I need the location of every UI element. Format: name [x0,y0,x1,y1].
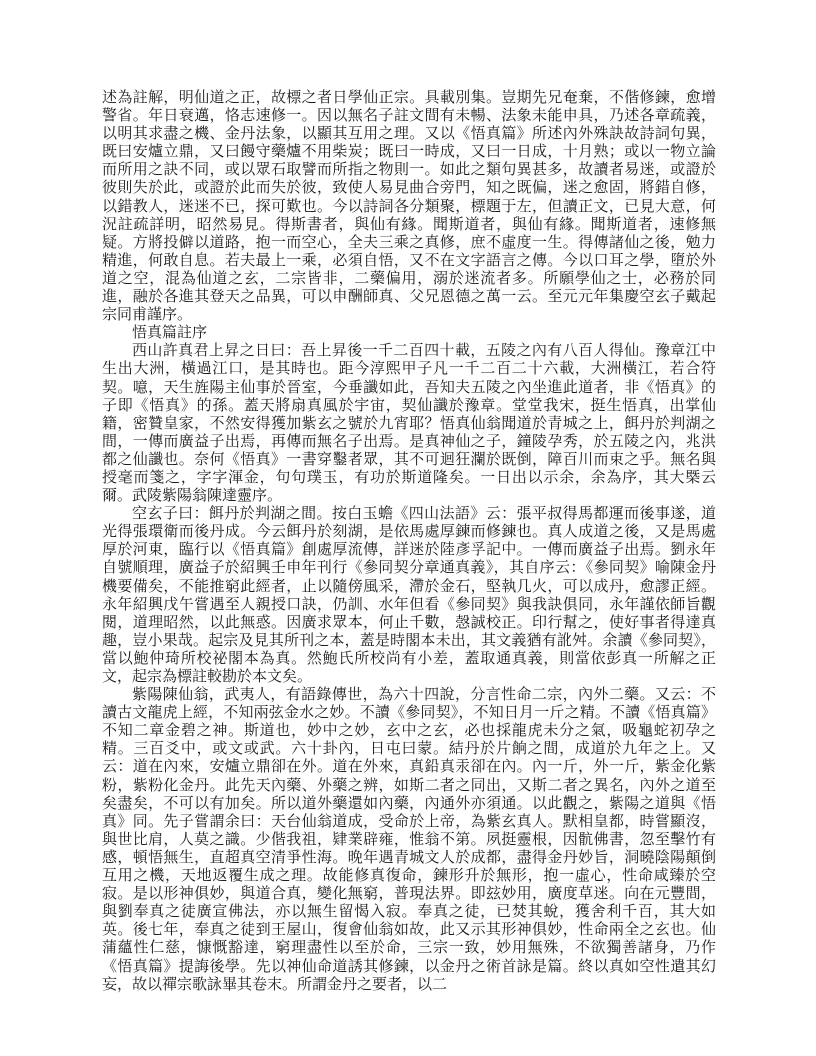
paragraph-ziyang-chen: 紫陽陳仙翁，武夷人，有語錄傳世，為六十四說，分言性命二宗，內外二藥。又云：不讀古… [102,686,716,994]
section-title: 悟真篇註序 [102,324,716,342]
paragraph-chen-daling-preface: 西山許真君上昇之日曰：吾上昇後一千二百四十載，五陵之內有八百人得仙。豫章江中生出… [102,342,716,505]
document-page: 述為註解，明仙道之正，故標之者日學仙正宗。具載別集。豈期先兄奄棄，不偕修鍊，愈增… [102,89,716,994]
paragraph-preface-continuation: 述為註解，明仙道之正，故標之者日學仙正宗。具載別集。豈期先兄奄棄，不偕修鍊，愈增… [102,89,716,324]
paragraph-kongxuanzi-note: 空玄子曰：餌丹於判湖之間。按白玉蟾《四山法語》云：張平叔得馬都運而後事遂，道光得… [102,505,716,686]
